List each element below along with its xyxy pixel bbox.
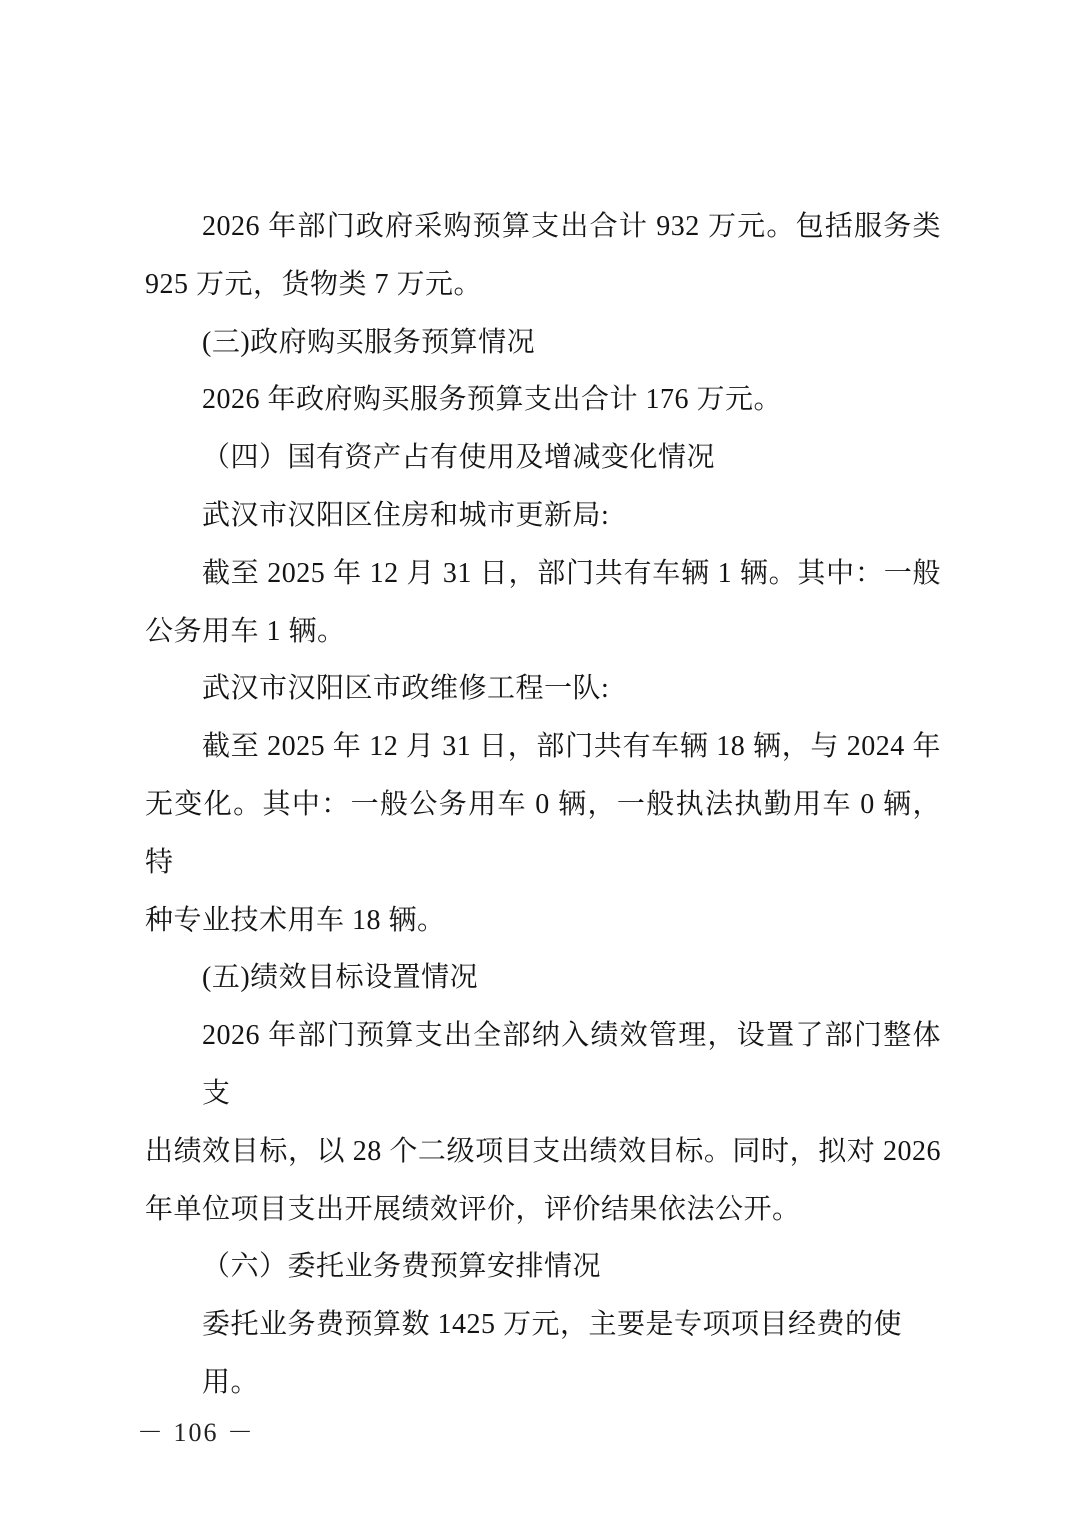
text-line: 2026 年部门预算支出全部纳入绩效管理，设置了部门整体支	[145, 1007, 941, 1123]
text-line: 925 万元，货物类 7 万元。	[145, 256, 941, 314]
section-heading-6: （六）委托业务费预算安排情况	[145, 1238, 941, 1296]
section-heading-5: (五)绩效目标设置情况	[145, 949, 941, 1007]
text-line: 2026 年政府购买服务预算支出合计 176 万元。	[145, 371, 941, 429]
text-line: 武汉市汉阳区住房和城市更新局:	[145, 487, 941, 545]
page-number: － 106 －	[137, 1412, 255, 1449]
document-body: 2026 年部门政府采购预算支出合计 932 万元。包括服务类 925 万元，货…	[145, 198, 941, 1412]
text-line: 年单位项目支出开展绩效评价，评价结果依法公开。	[145, 1181, 941, 1239]
text-line: 种专业技术用车 18 辆。	[145, 892, 941, 950]
text-line: 无变化。其中：一般公务用车 0 辆，一般执法执勤用车 0 辆，特	[145, 776, 941, 892]
text-line: 公务用车 1 辆。	[145, 603, 941, 661]
text-line: 委托业务费预算数 1425 万元，主要是专项项目经费的使用。	[145, 1296, 941, 1412]
text-line: 截至 2025 年 12 月 31 日，部门共有车辆 18 辆，与 2024 年	[145, 718, 941, 776]
section-heading-4: （四）国有资产占有使用及增减变化情况	[145, 429, 941, 487]
document-page: 2026 年部门政府采购预算支出合计 932 万元。包括服务类 925 万元，货…	[0, 0, 1074, 1520]
text-line: 2026 年部门政府采购预算支出合计 932 万元。包括服务类	[145, 198, 941, 256]
section-heading-3: (三)政府购买服务预算情况	[145, 314, 941, 372]
text-line: 出绩效目标，以 28 个二级项目支出绩效目标。同时，拟对 2026	[145, 1123, 941, 1181]
text-line: 截至 2025 年 12 月 31 日，部门共有车辆 1 辆。其中：一般	[145, 545, 941, 603]
text-line: 武汉市汉阳区市政维修工程一队:	[145, 660, 941, 718]
